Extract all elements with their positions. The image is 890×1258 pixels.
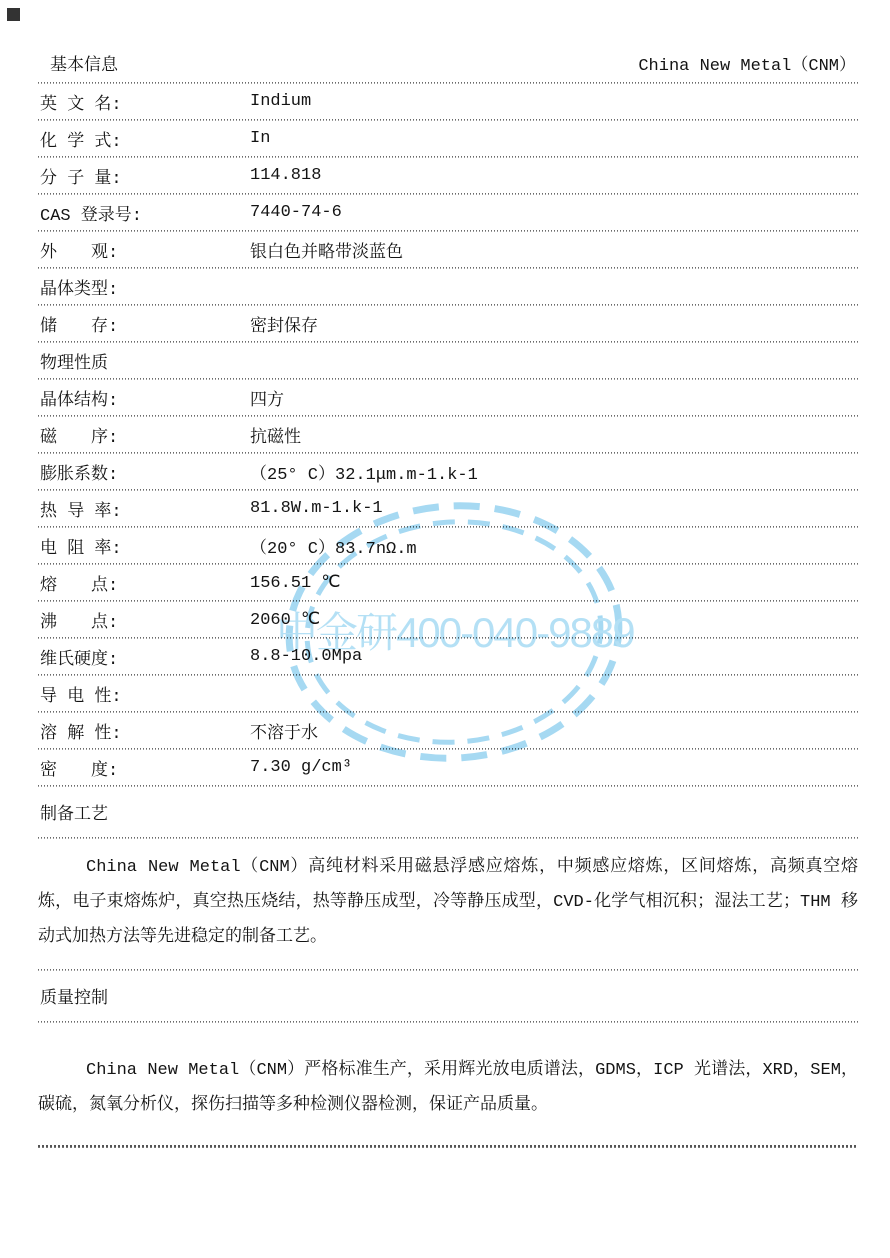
document-page: 中金研400-040-9889 基本信息 China New Metal（CNM… (0, 0, 890, 1258)
field-value: 7440-74-6 (250, 203, 858, 222)
field-label: CAS 登录号: (40, 200, 250, 226)
field-value: Indium (250, 92, 858, 111)
field-value: 四方 (250, 385, 858, 411)
table-row: 沸 点: 2060 ℃ (38, 602, 858, 637)
field-value: 抗磁性 (250, 422, 858, 448)
table-row: 英 文 名: Indium (38, 84, 858, 119)
table-row: 密 度: 7.30 g/cm³ (38, 750, 858, 785)
table-row: 外 观: 银白色并略带淡蓝色 (38, 232, 858, 267)
section-title: 物理性质 (40, 348, 108, 374)
field-label: 化 学 式: (40, 126, 250, 152)
field-value: 156.51 ℃ (250, 572, 858, 593)
field-label: 英 文 名: (40, 89, 250, 115)
section-heading-preparation: 制备工艺 (38, 787, 858, 837)
document-content: 基本信息 China New Metal（CNM） 英 文 名: Indium … (0, 0, 890, 1148)
field-value: 81.8W.m-1.k-1 (250, 499, 858, 518)
field-label: 电 阻 率: (40, 533, 250, 559)
section-heading-quality: 质量控制 (38, 971, 858, 1021)
section-title: 制备工艺 (40, 799, 108, 825)
field-value: 不溶于水 (250, 718, 858, 744)
field-label: 维氏硬度: (40, 644, 250, 670)
field-value: 2060 ℃ (250, 609, 858, 630)
field-label: 磁 序: (40, 422, 250, 448)
table-row: 晶体类型: (38, 269, 858, 304)
field-value: 7.30 g/cm³ (250, 758, 858, 777)
field-label: 晶体类型: (40, 274, 250, 300)
table-row: 分 子 量: 114.818 (38, 158, 858, 193)
field-value: 密封保存 (250, 311, 858, 337)
table-row: 磁 序: 抗磁性 (38, 417, 858, 452)
table-row: 电 阻 率: （20° C）83.7nΩ.m (38, 528, 858, 563)
field-value: 银白色并略带淡蓝色 (250, 237, 858, 263)
table-row: 化 学 式: In (38, 121, 858, 156)
field-value: In (250, 129, 858, 148)
field-label: 外 观: (40, 237, 250, 263)
table-row: 熔 点: 156.51 ℃ (38, 565, 858, 600)
document-header: 基本信息 China New Metal（CNM） (38, 44, 858, 82)
table-row: 热 导 率: 81.8W.m-1.k-1 (38, 491, 858, 526)
table-row: 导 电 性: (38, 676, 858, 711)
table-row: CAS 登录号: 7440-74-6 (38, 195, 858, 230)
divider-bottom (38, 1145, 858, 1148)
field-value: 8.8-10.0Mpa (250, 647, 858, 666)
field-value: （20° C）83.7nΩ.m (250, 533, 858, 559)
field-label: 膨胀系数: (40, 459, 250, 485)
table-row: 溶 解 性: 不溶于水 (38, 713, 858, 748)
table-row: 膨胀系数: （25° C）32.1μm.m-1.k-1 (38, 454, 858, 489)
field-label: 分 子 量: (40, 163, 250, 189)
section-heading-physical: 物理性质 (38, 343, 858, 378)
field-label: 沸 点: (40, 607, 250, 633)
page-title: 基本信息 (50, 50, 118, 76)
field-value: 114.818 (250, 166, 858, 185)
field-label: 溶 解 性: (40, 718, 250, 744)
table-row: 储 存: 密封保存 (38, 306, 858, 341)
field-label: 熔 点: (40, 570, 250, 596)
field-label: 晶体结构: (40, 385, 250, 411)
table-row: 晶体结构: 四方 (38, 380, 858, 415)
table-row: 维氏硬度: 8.8-10.0Mpa (38, 639, 858, 674)
field-label: 导 电 性: (40, 681, 250, 707)
quality-paragraph: China New Metal（CNM）严格标准生产，采用辉光放电质谱法，GDM… (38, 1023, 858, 1145)
field-value: （25° C）32.1μm.m-1.k-1 (250, 459, 858, 485)
section-title: 质量控制 (40, 983, 108, 1009)
field-label: 密 度: (40, 755, 250, 781)
brand-name: China New Metal（CNM） (638, 50, 856, 76)
field-label: 储 存: (40, 311, 250, 337)
preparation-paragraph: China New Metal（CNM）高纯材料采用磁悬浮感应熔炼，中频感应熔炼… (38, 839, 858, 969)
field-label: 热 导 率: (40, 496, 250, 522)
